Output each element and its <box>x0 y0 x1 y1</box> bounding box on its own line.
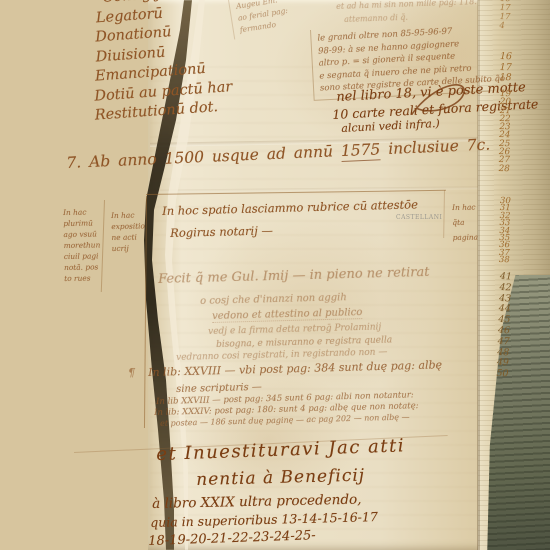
margin-line: ne acti <box>111 231 145 243</box>
edge-number: 50 <box>496 369 508 380</box>
blank-pages-note: sine scripturis — <box>176 382 262 395</box>
edge-number: 38 <box>499 257 510 265</box>
fore-edge-numbers-top: 16 17 17 4 <box>499 0 510 31</box>
margin-line: ago vsuū <box>63 228 100 240</box>
fore-edge-numbers-lower: 30 31 32 33 34 35 36 37 38 <box>499 198 511 265</box>
heading-year: 1575 <box>341 140 381 162</box>
heading-mark: 7. <box>66 153 82 172</box>
ink-flourish <box>408 76 474 122</box>
margin-line: expositio <box>111 220 145 232</box>
margin-line: q̃ta <box>452 215 478 230</box>
register-type-list: Contigij Legatorū Donationū Diuisionū Em… <box>86 0 234 126</box>
margin-note-left-1: In hac plurimū ago vsuū morethun ciuil p… <box>63 206 101 284</box>
edge-number: 18 <box>499 73 511 84</box>
margin-line: plurimū <box>63 217 100 229</box>
margin-note-left-2: In hac expositio ne acti ucrij <box>111 209 145 254</box>
margin-line: notā. pos <box>64 261 101 273</box>
manuscript-photo: Contigij Legatorū Donationū Diuisionū Em… <box>0 0 550 550</box>
margin-line: ucrij <box>112 242 146 254</box>
pencil-note: CASTELLANI <box>396 214 442 221</box>
fore-edge-numbers-upper: 16 17 18 <box>499 52 512 84</box>
margin-note-right: In hac q̃ta pagina <box>452 200 478 245</box>
fore-edge-numbers-mid: 19 20 21 22 23 24 25 26 27 28 <box>499 90 512 173</box>
margin-line: ciuil pagi <box>64 250 101 262</box>
margin-line: In hac <box>111 209 145 221</box>
edge-number: 4 <box>499 22 510 31</box>
edge-number: 28 <box>499 165 510 173</box>
margin-line: to rues <box>64 272 101 284</box>
margin-line: In hac <box>63 206 100 218</box>
frame-header: Rogirus notarij — <box>170 223 273 240</box>
margin-line: pagina <box>453 230 479 245</box>
paragraph-mark: ¶ <box>128 366 135 379</box>
margin-line: In hac <box>452 200 478 215</box>
margin-line: morethun <box>64 239 101 251</box>
